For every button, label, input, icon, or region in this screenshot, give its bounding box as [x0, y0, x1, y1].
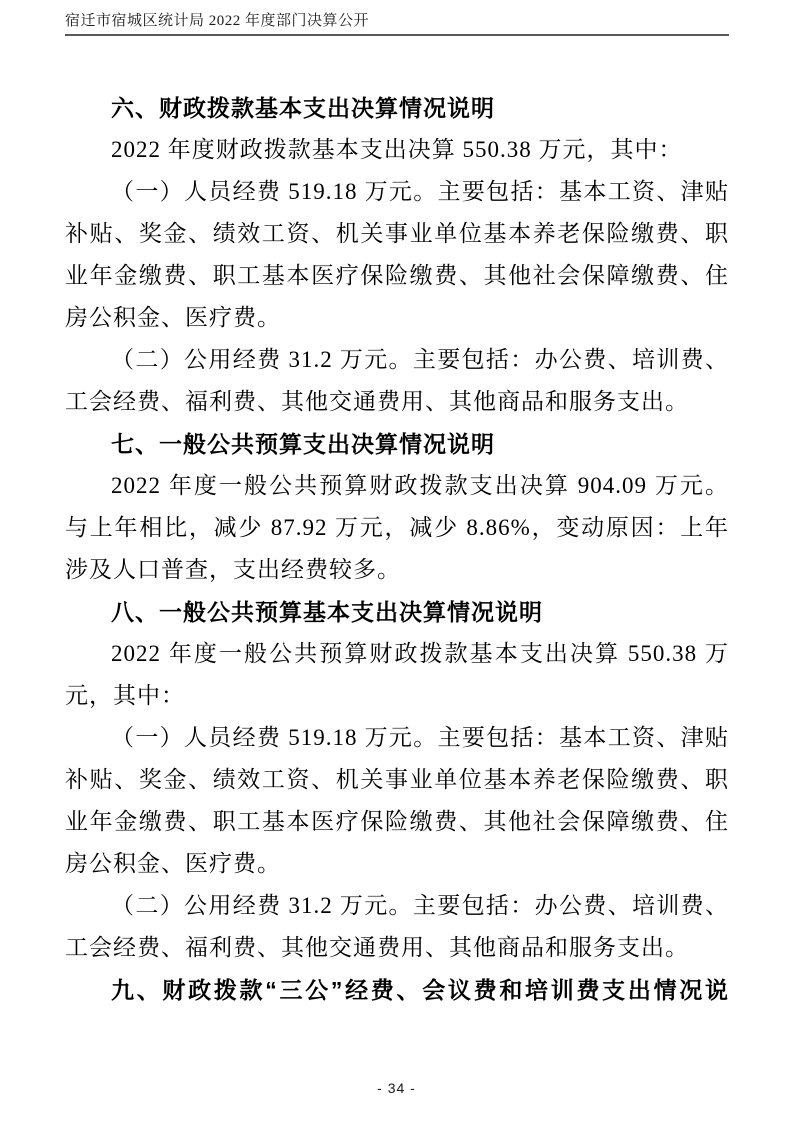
para-public-funds-2: （二）公用经费 31.2 万元。主要包括：办公费、培训费、工会经费、福利费、其他… — [65, 885, 729, 969]
heading-section-6: 六、财政拨款基本支出决算情况说明 — [65, 87, 729, 129]
header-title: 宿迁市宿城区统计局 2022 年度部门决算公开 — [65, 12, 729, 31]
para-personnel-funds-2: （一）人员经费 519.18 万元。主要包括：基本工资、津贴补贴、奖金、绩效工资… — [65, 717, 729, 885]
page-header: 宿迁市宿城区统计局 2022 年度部门决算公开 — [65, 12, 729, 36]
heading-section-9: 九、财政拨款“三公”经费、会议费和培训费支出情况说 — [65, 969, 729, 1011]
document-body: 六、财政拨款基本支出决算情况说明 2022 年度财政拨款基本支出决算 550.3… — [65, 87, 729, 1011]
para-general-budget-basic-total: 2022 年度一般公共预算财政拨款基本支出决算 550.38 万元，其中： — [65, 633, 729, 717]
document-page: 宿迁市宿城区统计局 2022 年度部门决算公开 六、财政拨款基本支出决算情况说明… — [0, 0, 793, 1122]
para-fiscal-basic-expenditure-total: 2022 年度财政拨款基本支出决算 550.38 万元，其中： — [65, 129, 729, 171]
header-rule — [65, 34, 729, 36]
heading-section-8: 八、一般公共预算基本支出决算情况说明 — [65, 591, 729, 633]
page-number: - 34 - — [377, 1080, 416, 1096]
para-public-funds-1: （二）公用经费 31.2 万元。主要包括：办公费、培训费、工会经费、福利费、其他… — [65, 339, 729, 423]
para-personnel-funds-1: （一）人员经费 519.18 万元。主要包括：基本工资、津贴补贴、奖金、绩效工资… — [65, 171, 729, 339]
page-footer: - 34 - — [0, 1080, 793, 1098]
heading-section-7: 七、一般公共预算支出决算情况说明 — [65, 423, 729, 465]
para-general-budget-expenditure: 2022 年度一般公共预算财政拨款支出决算 904.09 万元。与上年相比，减少… — [65, 465, 729, 591]
